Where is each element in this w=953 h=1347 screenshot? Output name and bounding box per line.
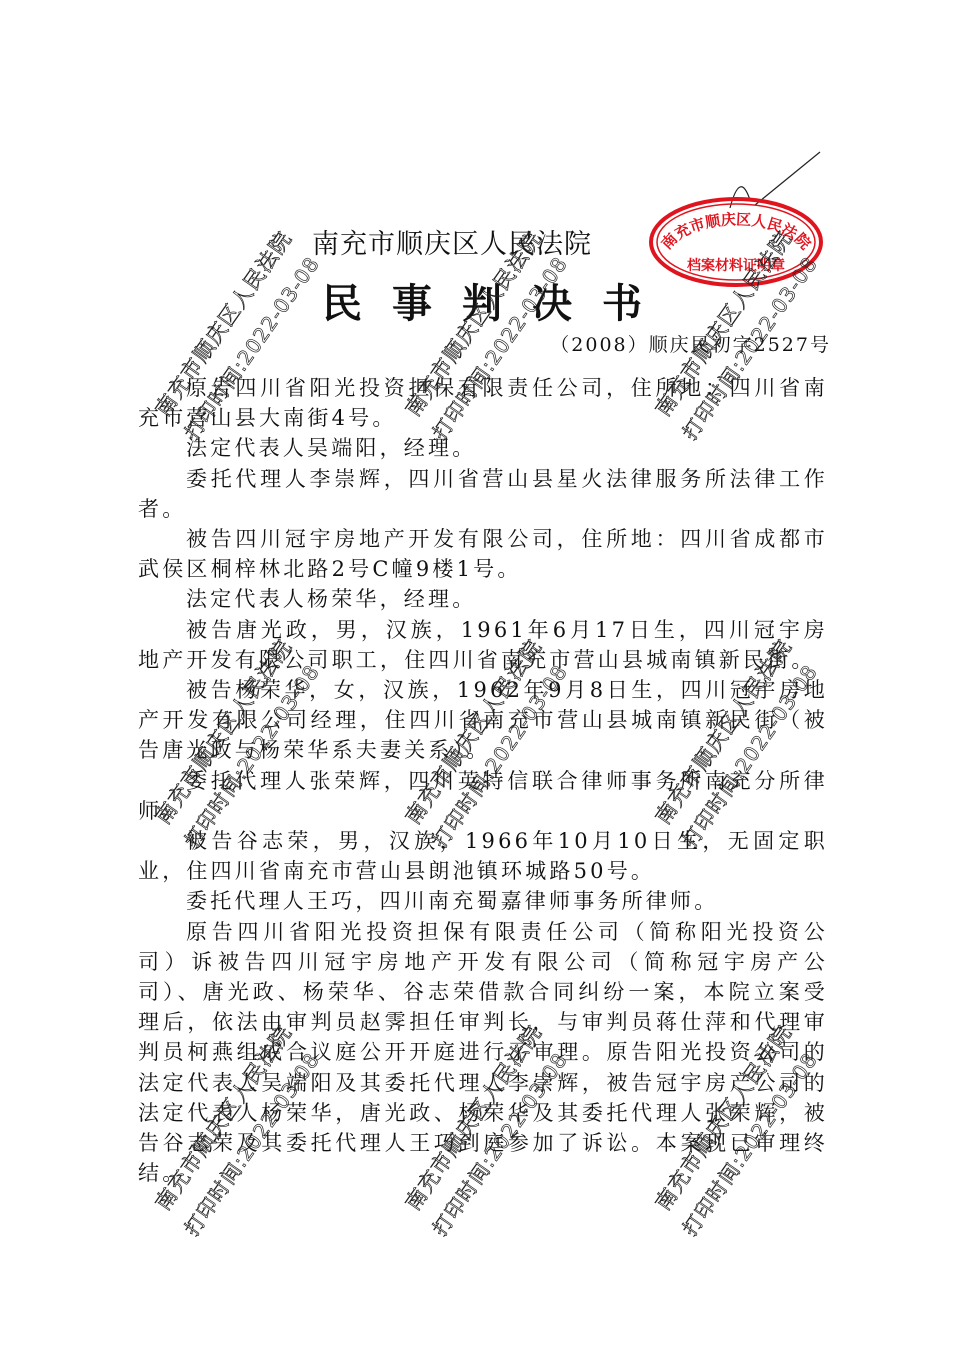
document-title: 民事判决书: [322, 272, 672, 329]
paragraph-plaintiff-legal-rep: 法定代表人吴端阳，经理。: [138, 433, 828, 463]
paragraph-case-summary: 原告四川省阳光投资担保有限责任公司（简称阳光投资公司）诉被告四川冠宇房地产开发有…: [138, 917, 828, 1189]
paragraph-plaintiff-agent: 委托代理人李崇辉，四川省营山县星火法律服务所法律工作者。: [138, 464, 828, 524]
paragraph-defendant-agent-zhang: 委托代理人张荣辉，四川英特信联合律师事务所南充分所律师。: [138, 766, 828, 826]
svg-text:南充市顺庆区人民法院: 南充市顺庆区人民法院: [658, 210, 815, 253]
case-number: （2008）顺庆民初字2527号: [550, 330, 831, 357]
document-page: 南充市顺庆区人民法院 民事判决书 （2008）顺庆民初字2527号 南充市顺庆区…: [0, 0, 953, 1347]
paragraph-defendant-company: 被告四川冠宇房地产开发有限公司，住所地：四川省成都市武侯区桐梓林北路2号C幢9楼…: [138, 524, 828, 584]
paragraph-defendant-tang: 被告唐光政，男，汉族，1961年6月17日生，四川冠宇房地产开发有限公司职工，住…: [138, 615, 828, 675]
document-body: 原告四川省阳光投资担保有限责任公司，住所地：四川省南充市营山县大南街4号。 法定…: [138, 373, 828, 1188]
paragraph-plaintiff: 原告四川省阳光投资担保有限责任公司，住所地：四川省南充市营山县大南街4号。: [138, 373, 828, 433]
paragraph-defendant-agent-wang: 委托代理人王巧，四川南充蜀嘉律师事务所律师。: [138, 886, 828, 916]
paragraph-defendant-gu: 被告谷志荣，男，汉族，1966年10月10日生，无固定职业，住四川省南充市营山县…: [138, 826, 828, 886]
stamp-top-text: 南充市顺庆区人民法院: [658, 210, 815, 253]
paragraph-defendant-legal-rep: 法定代表人杨荣华，经理。: [138, 584, 828, 614]
stamp-bottom-text: 档案材料证明章: [687, 257, 785, 274]
paragraph-defendant-yang: 被告杨荣华，女，汉族，1962年9月8日生，四川冠宇房地产开发有限公司经理，住四…: [138, 675, 828, 766]
archive-seal-stamp: 南充市顺庆区人民法院 档案材料证明章: [648, 196, 824, 288]
court-name: 南充市顺庆区人民法院: [312, 222, 592, 261]
